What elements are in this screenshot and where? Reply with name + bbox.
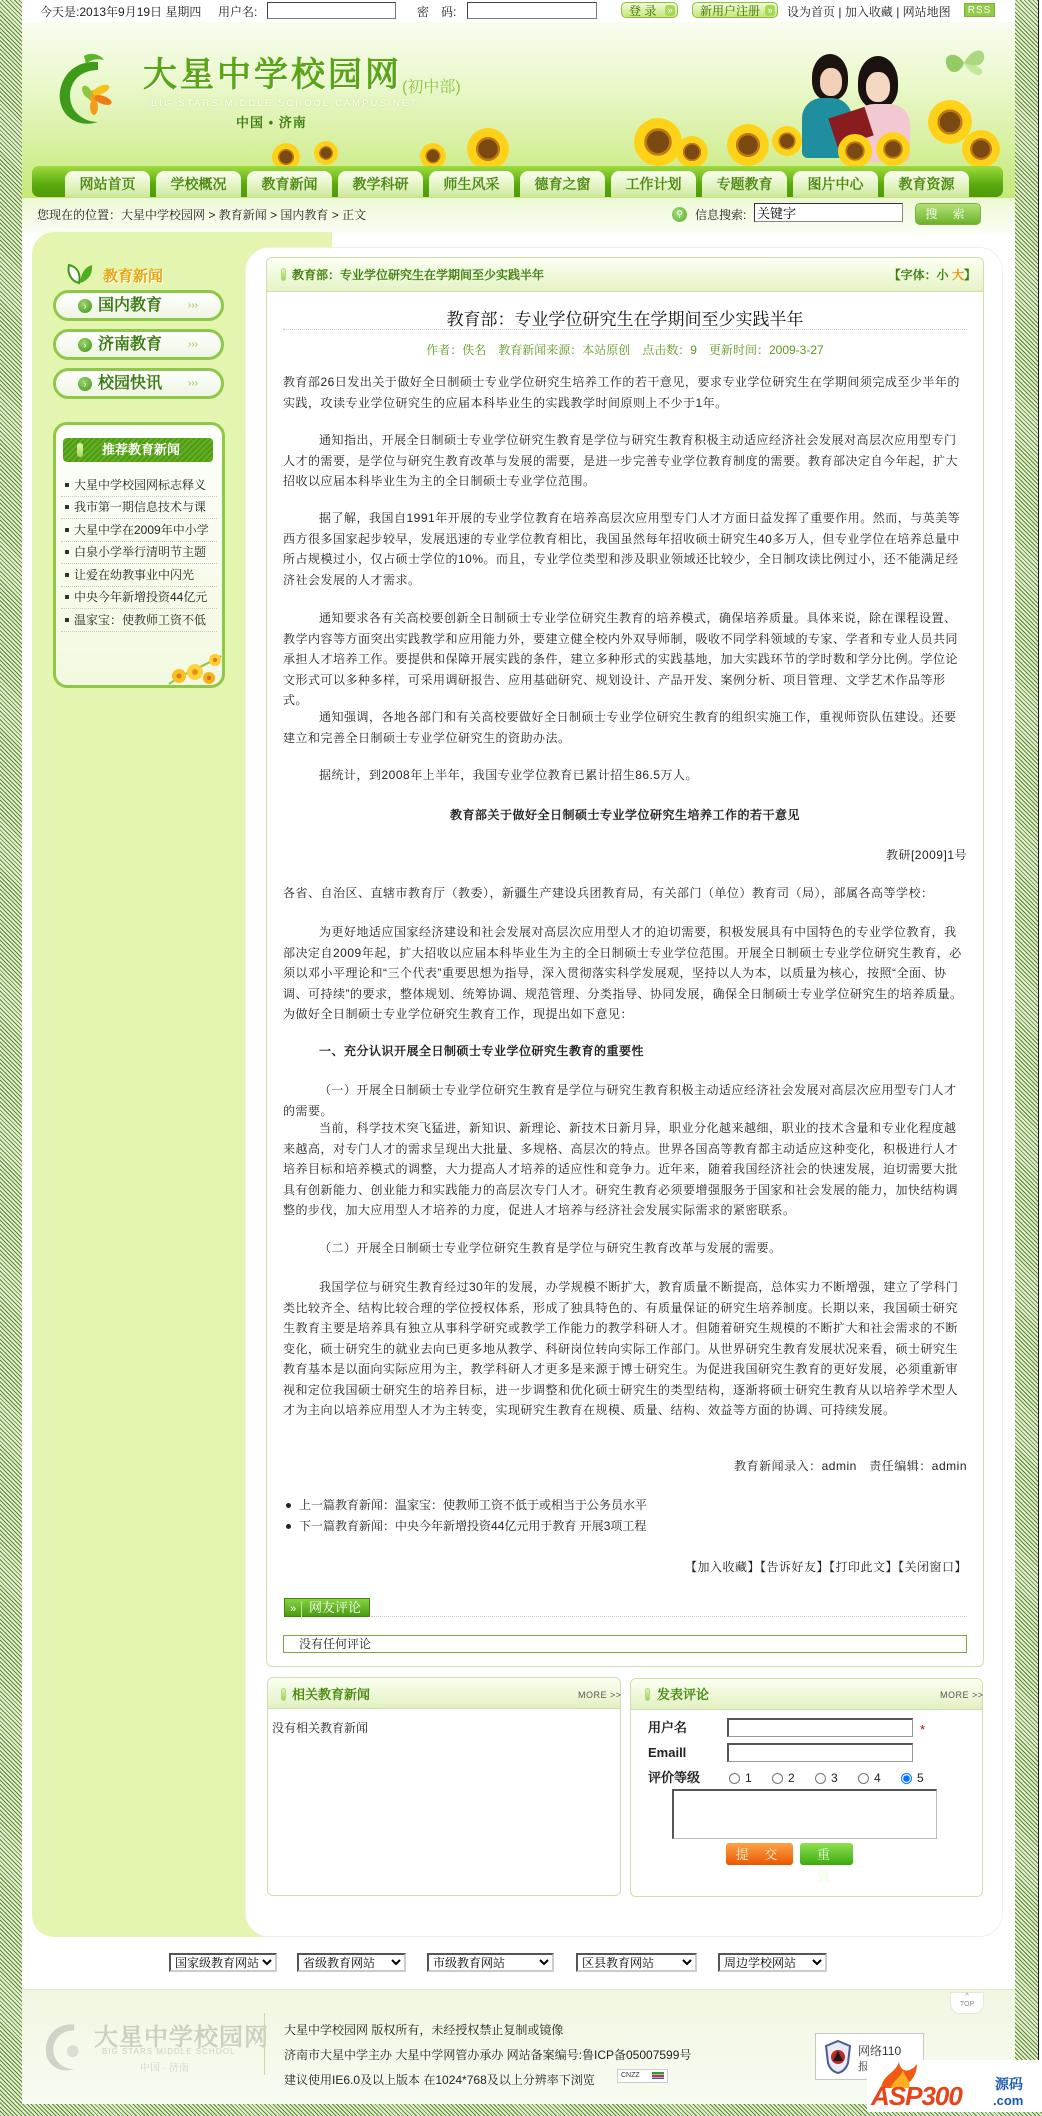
double-arrow-icon: » [285, 1601, 302, 1618]
shield-icon [824, 2039, 852, 2075]
tell-friend-action[interactable]: 【告诉好友】 [760, 1560, 829, 1574]
article-paragraph: 我国学位与研究生教育经过30年的发展，办学规模不断扩大，教育质量不断提高，总体实… [283, 1277, 967, 1421]
related-more-link[interactable]: MORE >> [578, 1689, 622, 1701]
register-button[interactable]: 新用户注册 » [692, 2, 778, 18]
font-large-button[interactable]: 大 [952, 268, 964, 282]
city-education-sites-select[interactable]: 市级教育网站 [427, 1953, 554, 1972]
site-location: 中国 • 济南 [236, 112, 307, 131]
site-title: 大星中学校园网 [143, 55, 402, 95]
search-label: 信息搜索: [695, 207, 746, 223]
article-meta: 作者：佚名 教育新闻来源：本站原创 点击数：9 更新时间：2009-3-27 [266, 342, 984, 358]
chevron-up-icon: ^ [965, 1993, 968, 2000]
font-size-label: 【字体： [889, 268, 937, 282]
breadcrumb: 您现在的位置：大星中学校园网 > 教育新闻 > 国内教育 > 正文 [37, 207, 366, 223]
reset-comment-button[interactable]: 重 置 [800, 1843, 853, 1865]
login-password-input[interactable] [467, 2, 597, 19]
rating-option-3[interactable]: 3 [812, 1770, 855, 1786]
submit-comment-button[interactable]: 提 交 [726, 1843, 793, 1865]
link-separator: | [838, 5, 841, 19]
sunflower-decoration [727, 124, 769, 166]
next-article-link[interactable]: 中央今年新增投资44亿元用于教育 开展3项工程 [395, 1519, 646, 1533]
comment-email-input[interactable] [727, 1743, 913, 1762]
rating-option-4[interactable]: 4 [855, 1770, 898, 1786]
capsule-icon [281, 268, 286, 281]
article-paragraph: 通知指出，开展全日制硕士专业学位研究生教育是学位与研究生教育积极主动适应经济社会… [283, 430, 967, 492]
breadcrumb-item-education-news[interactable]: 教育新闻 [219, 208, 267, 222]
more-arrows-icon: ››› [188, 338, 198, 352]
rating-value: 4 [874, 1771, 881, 1785]
rating-value: 2 [788, 1771, 795, 1785]
rating-radio-group: 12345 [726, 1770, 941, 1786]
date-text: 今天是:2013年9月19日 星期四 [40, 4, 201, 20]
leaf-icon [67, 263, 93, 285]
chevron-right-icon: › [78, 377, 92, 391]
badge-line1: 网络110 [858, 2042, 901, 2059]
news-title: 白泉小学举行清明节主题 [74, 545, 206, 559]
site-english-name: BIG STARS MIDDLE SCHOOL CAMPUS NET [151, 98, 418, 108]
district-education-sites-select[interactable]: 区县教育网站 [576, 1953, 697, 1972]
more-arrows-icon: ››› [188, 299, 198, 313]
bullet-icon [65, 550, 69, 554]
article-header-title: 教育部：专业学位研究生在学期间至少实践半年 [292, 268, 544, 282]
comment-rating-label: 评价等级 [648, 1770, 700, 1786]
article-paragraph: 据统计，到2008年上半年，我国专业学位教育已累计招生86.5万人。 [283, 765, 967, 786]
font-size-control: 【字体：小 大】 [870, 268, 976, 282]
nav-tab-home[interactable]: 网站首页 [65, 171, 150, 197]
comments-badge-label: 网友评论 [309, 1600, 361, 1615]
divider [371, 1616, 967, 1617]
related-news-title: 相关教育新闻 [292, 1687, 370, 1703]
search-button[interactable]: 搜 索 [915, 203, 981, 225]
nearby-school-sites-select[interactable]: 周边学校网站 [718, 1953, 827, 1972]
sunflower-decoration [876, 132, 910, 166]
footer-logo-location: 中国 · 济南 [140, 2059, 189, 2074]
rating-radio-3[interactable] [815, 1773, 826, 1784]
rating-value: 5 [917, 1771, 924, 1785]
sunflower-decoration [314, 141, 338, 165]
news-title: 大星中学在2009年中小学 [74, 523, 209, 537]
comment-content-textarea[interactable] [672, 1789, 937, 1839]
link-separator: | [896, 5, 899, 19]
sidebar-item-label: 校园快讯 [98, 374, 162, 394]
footer-divider [264, 2013, 265, 2075]
password-label: 密 码: [417, 4, 456, 20]
username-label: 用户名: [218, 4, 257, 20]
recommended-news-item[interactable]: 中央今年新增投资44亿元 [61, 587, 217, 609]
news-title: 温家宝：使教师工资不低 [74, 613, 206, 627]
add-favorite-link[interactable]: 加入收藏 [845, 5, 893, 19]
document-number: 教研[2009]1号 [283, 845, 967, 866]
document-title: 教育部关于做好全日制硕士专业学位研究生培养工作的若干意见 [283, 805, 967, 826]
article-paragraph: 通知强调，各地各部门和有关高校要做好全日制硕士专业学位研究生教育的组织实施工作，… [283, 707, 967, 748]
breadcrumb-label: 您现在的位置： [37, 208, 121, 222]
capsule-icon [281, 1688, 286, 1701]
article-paragraph: 据了解，我国自1991年开展的专业学位教育在培养高层次应用型专门人才方面日益发挥… [283, 508, 967, 590]
arrow-right-icon: » [765, 5, 775, 16]
nav-tab-school-overview[interactable]: 学校概况 [156, 171, 241, 197]
next-label: 下一篇教育新闻： [299, 1519, 395, 1533]
recommended-news-item[interactable]: 我市第一期信息技术与课 [61, 497, 217, 519]
breadcrumb-separator: > [328, 208, 342, 222]
breadcrumb-separator: > [205, 208, 219, 222]
school-logo-icon [40, 2017, 92, 2075]
nav-tab-teaching-research[interactable]: 教学科研 [338, 171, 423, 197]
news-title: 让爱在幼教事业中闪光 [74, 568, 194, 582]
rating-radio-1[interactable] [729, 1773, 740, 1784]
chevron-right-icon: › [78, 338, 92, 352]
news-title: 中央今年新增投资44亿元 [74, 590, 207, 604]
article-actions: 【加入收藏】【告诉好友】【打印此文】【关闭窗口】 [283, 1557, 967, 1578]
document-salutation: 各省、自治区、直辖市教育厅（教委），新疆生产建设兵团教育局，有关部门（单位）教育… [283, 883, 967, 904]
section-heading: 一、充分认识开展全日制硕士专业学位研究生教育的重要性 [283, 1041, 967, 1062]
rating-value: 3 [831, 1771, 838, 1785]
breadcrumb-item-domestic-education[interactable]: 国内教育 [280, 208, 328, 222]
sidebar-item-jinan-education[interactable]: › 济南教育 ››› [53, 329, 224, 360]
bullet-icon [286, 1524, 291, 1529]
required-mark: * [920, 1722, 925, 1737]
nav-tab-moral-education[interactable]: 德育之窗 [520, 171, 605, 197]
bullet-icon [286, 1503, 291, 1508]
page: 今天是:2013年9月19日 星期四 用户名: 密 码: 登 录 » 新用户注册… [0, 0, 1042, 2116]
editor-line: 教育新闻录入：admin 责任编辑：admin [283, 1456, 967, 1477]
sidebar-item-label: 济南教育 [98, 335, 162, 355]
login-username-input[interactable] [267, 2, 396, 19]
sunflower-decoration [634, 118, 682, 166]
flag-icon [652, 2072, 664, 2079]
top-links: 设为首页 | 加入收藏 | 网站地图 [787, 4, 951, 20]
related-news-panel [267, 1677, 621, 1896]
close-window-action[interactable]: 【关闭窗口】 [898, 1560, 967, 1574]
butterfly-decoration [938, 45, 988, 81]
nav-tab-education-news[interactable]: 教育新闻 [247, 171, 332, 197]
article-paragraph: 教育部26日发出关于做好全日制硕士专业学位研究生培养工作的若干意见，要求专业学位… [283, 372, 967, 413]
comment-username-label: 用户名 [648, 1720, 687, 1736]
article-paragraph: 通知要求各有关高校要创新全日制硕士专业学位研究生教育的培养模式，确保培养质量。具… [283, 608, 967, 711]
article-paragraph: 为更好地适应国家经济建设和社会发展对高层次应用型人才的迫切需要，积极发展具有中国… [283, 922, 967, 1025]
nav-tab-picture-center[interactable]: 图片中心 [793, 171, 878, 197]
watermark-domain: .com [993, 2094, 1023, 2108]
sunflower-decoration [467, 128, 509, 170]
nav-tab-special-topics[interactable]: 专题教育 [702, 171, 787, 197]
sidebar-item-campus-news[interactable]: › 校园快讯 ››› [53, 368, 224, 399]
add-favorite-action[interactable]: 【加入收藏】 [685, 1560, 760, 1574]
print-action[interactable]: 【打印此文】 [829, 1560, 898, 1574]
no-comments-box: 没有任何评论 [283, 1635, 967, 1653]
bullet-icon [65, 528, 69, 532]
register-button-label: 新用户注册 [700, 4, 760, 18]
article-title: 教育部：专业学位研究生在学期间至少实践半年 [266, 309, 984, 331]
previous-article: 上一篇教育新闻：温家宝：使教师工资不低于或相当于公务员水平 [286, 1497, 647, 1513]
sitemap-link[interactable]: 网站地图 [903, 5, 951, 19]
rating-option-2[interactable]: 2 [769, 1770, 812, 1786]
news-title: 大星中学校园网标志释义 [74, 478, 206, 492]
bullet-icon [65, 483, 69, 487]
bullet-icon [65, 618, 69, 622]
previous-label: 上一篇教育新闻： [299, 1498, 395, 1512]
nav-tab-work-plan[interactable]: 工作计划 [611, 171, 696, 197]
news-title: 我市第一期信息技术与课 [74, 500, 206, 514]
breadcrumb-separator: > [267, 208, 281, 222]
rating-radio-4[interactable] [858, 1773, 869, 1784]
cnzz-stats-icon[interactable]: CNZZ [617, 2069, 668, 2083]
back-to-top-button[interactable]: ^ TOP [950, 1992, 984, 2014]
nav-tab-education-resources[interactable]: 教育资源 [884, 171, 969, 197]
comment-form-title: 发表评论 [657, 1687, 709, 1703]
copyright-text: 大星中学校园网 版权所有，未经授权禁止复制或镜像 [284, 2022, 563, 2038]
recommended-news-item[interactable]: 温家宝：使教师工资不低 [61, 610, 217, 632]
comments-badge: »网友评论 [284, 1598, 370, 1617]
chevron-right-icon: › [78, 299, 92, 313]
next-article: 下一篇教育新闻：中央今年新增投资44亿元用于教育 开展3项工程 [286, 1518, 646, 1534]
rating-radio-2[interactable] [772, 1773, 783, 1784]
cnzz-label: CNZZ [618, 2072, 640, 2079]
more-arrows-icon: ››› [188, 377, 198, 391]
sidebar-section-title: 教育新闻 [103, 265, 163, 286]
asp300-watermark: ASP300 源码 .com [867, 2060, 1042, 2112]
breadcrumb-item-home[interactable]: 大星中学校园网 [121, 208, 205, 222]
flowers-decoration [165, 652, 223, 686]
watermark-brand: ASP300 [871, 2082, 962, 2110]
divider [283, 329, 967, 330]
article-paragraph: （一）开展全日制硕士专业学位研究生教育是学位与研究生教育积极主动适应经济社会发展… [283, 1080, 967, 1121]
bullet-icon [65, 505, 69, 509]
school-logo-icon[interactable] [54, 52, 120, 130]
sunflower-decoration [962, 130, 1000, 168]
recommended-news-title: 推荐教育新闻 [102, 442, 180, 458]
recommended-news-item[interactable]: 大星中学在2009年中小学 [61, 520, 217, 542]
provincial-education-sites-select[interactable]: 省级教育网站 [297, 1953, 406, 1972]
rating-option-5[interactable]: 5 [898, 1770, 941, 1786]
sunflower-decoration [838, 134, 872, 168]
login-button[interactable]: 登 录 » [621, 2, 678, 18]
previous-article-link[interactable]: 温家宝：使教师工资不低于或相当于公务员水平 [395, 1498, 647, 1512]
article-paragraph: 当前，科学技术突飞猛进，新知识、新理论、新技术日新月异，职业分化越来越细，职业的… [283, 1118, 967, 1221]
watermark-suffix: 源码 [995, 2076, 1023, 2092]
sponsor-icp-text: 济南市大星中学主办 大星中学网管办承办 网站备案编号:鲁ICP备05007599… [284, 2047, 691, 2063]
sunflower-decoration [676, 136, 708, 168]
sidebar-item-domestic-education[interactable]: › 国内教育 ››› [53, 290, 224, 321]
font-small-button[interactable]: 小 [937, 268, 949, 282]
search-icon: ⚲ [672, 207, 687, 222]
recommended-news-item[interactable]: 白泉小学举行清明节主题 [61, 542, 217, 564]
site-subtitle: (初中部) [402, 74, 461, 97]
set-homepage-link[interactable]: 设为首页 [787, 5, 835, 19]
capsule-icon [77, 443, 83, 457]
login-button-label: 登 录 [629, 4, 656, 18]
article-paragraph: （二）开展全日制硕士专业学位研究生教育是学位与研究生教育改革与发展的需要。 [283, 1238, 967, 1259]
footer-logo: 大星中学校园网 BIG STARS MIDDLE SCHOOL 中国 · 济南 [40, 2013, 262, 2077]
arrow-right-icon: » [665, 5, 675, 16]
top-label: TOP [960, 2001, 974, 2008]
nav-tab-teachers-students[interactable]: 师生风采 [429, 171, 514, 197]
search-input[interactable] [754, 203, 903, 222]
national-education-sites-select[interactable]: 国家级教育网站 [169, 1953, 277, 1972]
browser-recommendation-text: 建议使用IE6.0及以上版本 在1024*768及以上分辨率下浏览 [284, 2072, 595, 2088]
capsule-icon [645, 1688, 650, 1701]
recommended-news-item[interactable]: 让爱在幼教事业中闪光 [61, 565, 217, 587]
recommended-news-item[interactable]: 大星中学校园网标志释义 [61, 475, 217, 497]
rating-option-1[interactable]: 1 [726, 1770, 769, 1786]
breadcrumb-item-current: 正文 [342, 208, 366, 222]
footer-logo-english: BIG STARS MIDDLE SCHOOL [102, 2047, 236, 2056]
comment-email-label: Emaill [648, 1745, 686, 1761]
rss-button[interactable]: RSS [964, 3, 995, 17]
comment-username-input[interactable] [727, 1718, 913, 1737]
font-size-label-end: 】 [964, 268, 976, 282]
comment-more-link[interactable]: MORE >> [940, 1689, 984, 1701]
sidebar-item-label: 国内教育 [98, 296, 162, 316]
related-news-empty: 没有相关教育新闻 [272, 1720, 368, 1736]
rating-value: 1 [745, 1771, 752, 1785]
bullet-icon [65, 573, 69, 577]
rating-radio-5[interactable] [901, 1773, 912, 1784]
bullet-icon [65, 595, 69, 599]
